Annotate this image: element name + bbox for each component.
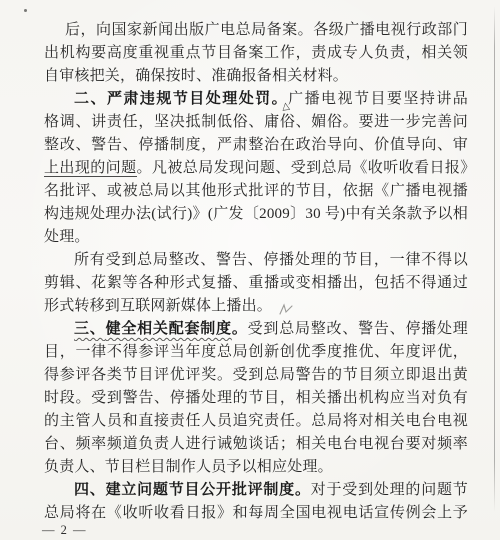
text-run: 的主管人员和直接责任人员追究责任。总局将对相关电台电视 <box>44 413 468 429</box>
text-line: 名批评、或被总局以其他形式批评的节目，依据《广播电视播出机 <box>44 180 468 203</box>
text-line: 台、频率频道负责人进行诫勉谈话；相关电台电视台要对频率频道 <box>44 433 468 456</box>
text-run: 自审核把关，确保按时、准确报备相关材料。 <box>44 68 348 84</box>
text-line: 出机构要高度重视重点节目备案工作，责成专人负责，相关领导亲 <box>44 42 468 65</box>
text-line: 三、健全相关配套制度。受到总局整改、警告、停播处理的节 <box>44 318 468 341</box>
text-line: 二、严肃违规节目处理处罚。广播电视节目要坚持讲品位、讲 <box>44 88 468 111</box>
text-run: 剪辑、花絮等各种形式复播、重播或变相播出，包括不得通过各种 <box>44 275 468 295</box>
text-line: 上出现的问题。凡被总局发现问题、受到总局《收听收看日报》点 <box>44 157 468 180</box>
text-line: 格调、讲责任，坚决抵制低俗、庸俗、媚俗。要进一步完善问题节目 <box>44 111 468 134</box>
text-line: 形式转移到互联网新媒体上播出。 <box>44 295 468 318</box>
text-line: 四、建立问题节目公开批评制度。对于受到处理的问题节目， <box>44 479 468 502</box>
text-run: 构违规处理办法(试行)》(广发〔2009〕30 号)中有关条款予以相应 <box>44 206 468 226</box>
text-run: 负责人、节目栏目制作人员予以相应处理。 <box>44 459 333 475</box>
text-line: 处理。 <box>44 226 468 249</box>
text-line: 总局将在《收听收看日报》和每周全国电视电话宣传例会上予以公 <box>44 502 468 525</box>
page-number: — 2 — <box>42 523 87 538</box>
text-run: 时段。受到警告、停播处理的节目，相关播出机构应当对负有责任 <box>44 390 468 410</box>
text-run: 出机构要高度重视重点节目备案工作，责成专人负责，相关领导亲 <box>44 45 468 65</box>
text-run: 二、严肃违规节目处理处罚。 <box>74 91 288 107</box>
text-line: 时段。受到警告、停播处理的节目，相关播出机构应当对负有责任 <box>44 387 468 410</box>
text-run: 处理。 <box>44 229 90 245</box>
text-run: 形式转移到互联网新媒体上播出。 <box>44 298 272 314</box>
text-run: 目，一律不得参评当年度总局创新创优季度推优、年度评优，也不 <box>44 344 468 364</box>
text-run: 三、 <box>74 321 106 337</box>
text-run: 总局将在《收听收看日报》和每周全国电视电话宣传例会上予以公 <box>44 505 468 525</box>
text-line: 自审核把关，确保按时、准确报备相关材料。 <box>44 65 468 88</box>
text-run: 所有受到总局整改、警告、停播处理的节目，一律不得以成片、 <box>74 252 468 272</box>
text-line: 所有受到总局整改、警告、停播处理的节目，一律不得以成片、 <box>44 249 468 272</box>
text-run: 台、频率频道负责人进行诫勉谈话；相关电台电视台要对频率频道 <box>44 436 468 456</box>
handwritten-squiggle-mark <box>278 303 296 322</box>
text-run: 四、建立问题节目公开批评制度。 <box>74 482 311 498</box>
text-run: 。 <box>232 321 248 337</box>
text-run: 上出现的问题 <box>44 160 137 177</box>
text-run: 整改、警告、停播制度，严肃整治在政治导向、价值导向、审美导向 <box>44 137 468 157</box>
text-line: 的主管人员和直接责任人员追究责任。总局将对相关电台电视 <box>44 410 468 433</box>
text-run: 后，向国家新闻出版广电总局备案。各级广播电视行政部门和播 <box>65 22 468 42</box>
text-line: 得参评各类节目评优评奖。受到总局警告的节目须立即退出黄金 <box>44 364 468 387</box>
text-line: 构违规处理办法(试行)》(广发〔2009〕30 号)中有关条款予以相应 <box>44 203 468 226</box>
scanned-document-page: 后，向国家新闻出版广电总局备案。各级广播电视行政部门和播出机构要高度重视重点节目… <box>0 0 500 540</box>
scan-page-edge <box>494 6 495 512</box>
scan-speck <box>24 9 27 12</box>
text-line: 目，一律不得参评当年度总局创新创优季度推优、年度评优，也不 <box>44 341 468 364</box>
text-run: 健全相关配套制度 <box>106 321 232 337</box>
text-line: 后，向国家新闻出版广电总局备案。各级广播电视行政部门和播 <box>44 19 468 42</box>
text-line: 负责人、节目栏目制作人员予以相应处理。 <box>44 456 468 479</box>
text-line: 整改、警告、停播制度，严肃整治在政治导向、价值导向、审美导向 <box>44 134 468 157</box>
text-run: 得参评各类节目评优评奖。受到总局警告的节目须立即退出黄金 <box>44 367 468 387</box>
document-body: 后，向国家新闻出版广电总局备案。各级广播电视行政部门和播出机构要高度重视重点节目… <box>44 19 468 525</box>
text-line: 剪辑、花絮等各种形式复播、重播或变相播出，包括不得通过各种 <box>44 272 468 295</box>
handwritten-caret-mark: △ <box>281 101 290 113</box>
text-run: 名批评、或被总局以其他形式批评的节目，依据《广播电视播出机 <box>44 183 468 203</box>
text-run: 格调、讲责任，坚决抵制低俗、庸俗、媚俗。要进一步完善问题节目 <box>44 114 468 134</box>
